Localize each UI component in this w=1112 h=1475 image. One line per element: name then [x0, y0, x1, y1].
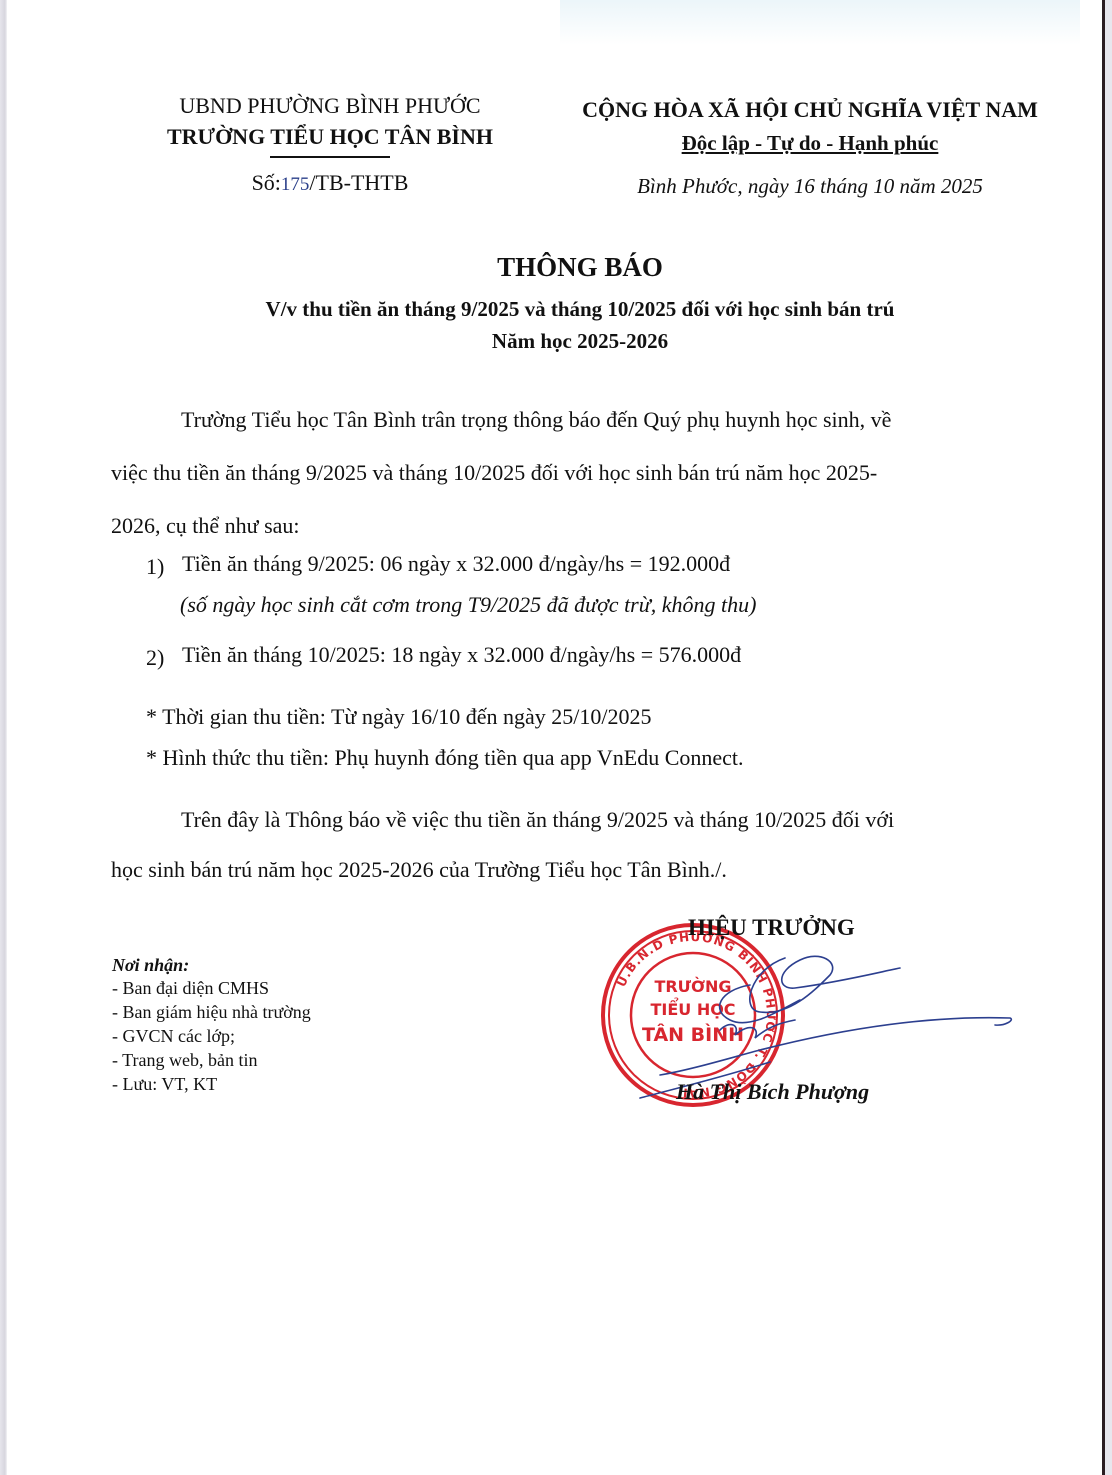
payment-method: * Hình thức thu tiền: Phụ huynh đóng tiề…	[146, 746, 744, 770]
school-name: TRƯỜNG TIỂU HỌC TÂN BÌNH	[100, 122, 560, 152]
place-date: Bình Phước, ngày 16 tháng 10 năm 2025	[545, 171, 1075, 201]
page-edge-left	[0, 0, 7, 1475]
recipient-item: - Ban đại diện CMHS	[112, 976, 311, 1000]
fee-item-number-1: 1)	[146, 555, 164, 579]
closing-line-1: Trên đây là Thông báo về việc thu tiền ă…	[181, 808, 894, 832]
collection-period: * Thời gian thu tiền: Từ ngày 16/10 đến …	[146, 705, 651, 729]
closing-line-2: học sinh bán trú năm học 2025-2026 của T…	[111, 858, 727, 882]
document-subject: V/v thu tiền ăn tháng 9/2025 và tháng 10…	[100, 294, 1060, 324]
issuer-block: UBND PHƯỜNG BÌNH PHƯỚC TRƯỜNG TIỂU HỌC T…	[100, 90, 560, 200]
page-margin-right	[1105, 0, 1112, 1475]
school-underline	[270, 156, 390, 158]
document-number-value: 175	[281, 174, 310, 195]
issuing-authority: UBND PHƯỜNG BÌNH PHƯỚC	[100, 90, 560, 122]
recipient-item: - Trang web, bản tin	[112, 1048, 311, 1072]
document-number-suffix: /TB-THTB	[309, 170, 408, 195]
intro-line-1: Trường Tiểu học Tân Bình trân trọng thôn…	[181, 408, 891, 432]
intro-line-3: 2026, cụ thể như sau:	[111, 514, 300, 538]
national-motto: Độc lập - Tự do - Hạnh phúc	[545, 127, 1075, 159]
recipients-block: Nơi nhận: - Ban đại diện CMHS - Ban giám…	[112, 954, 311, 1096]
document-title: THÔNG BÁO	[100, 248, 1060, 286]
fee-item-2: Tiền ăn tháng 10/2025: 18 ngày x 32.000 …	[182, 643, 741, 667]
document-number: Số:175/TB-THTB	[100, 168, 560, 200]
fee-item-1: Tiền ăn tháng 9/2025: 06 ngày x 32.000 đ…	[182, 552, 730, 576]
school-year: Năm học 2025-2026	[100, 326, 1060, 356]
scan-tint	[560, 0, 1080, 45]
signatory-name: Hà Thị Bích Phượng	[676, 1079, 869, 1105]
intro-line-2: việc thu tiền ăn tháng 9/2025 và tháng 1…	[111, 461, 877, 485]
recipient-item: - Ban giám hiệu nhà trường	[112, 1000, 311, 1024]
recipient-item: - Lưu: VT, KT	[112, 1072, 311, 1096]
fee-item-1-note: (số ngày học sinh cắt cơm trong T9/2025 …	[180, 593, 756, 617]
national-header: CỘNG HÒA XÃ HỘI CHỦ NGHĨA VIỆT NAM Độc l…	[545, 93, 1075, 201]
document-number-prefix: Số:	[252, 170, 281, 195]
republic-title: CỘNG HÒA XÃ HỘI CHỦ NGHĨA VIỆT NAM	[545, 93, 1075, 127]
fee-item-number-2: 2)	[146, 646, 164, 670]
title-block: THÔNG BÁO V/v thu tiền ăn tháng 9/2025 v…	[100, 248, 1060, 356]
recipients-title: Nơi nhận:	[112, 954, 311, 976]
recipient-item: - GVCN các lớp;	[112, 1024, 311, 1048]
